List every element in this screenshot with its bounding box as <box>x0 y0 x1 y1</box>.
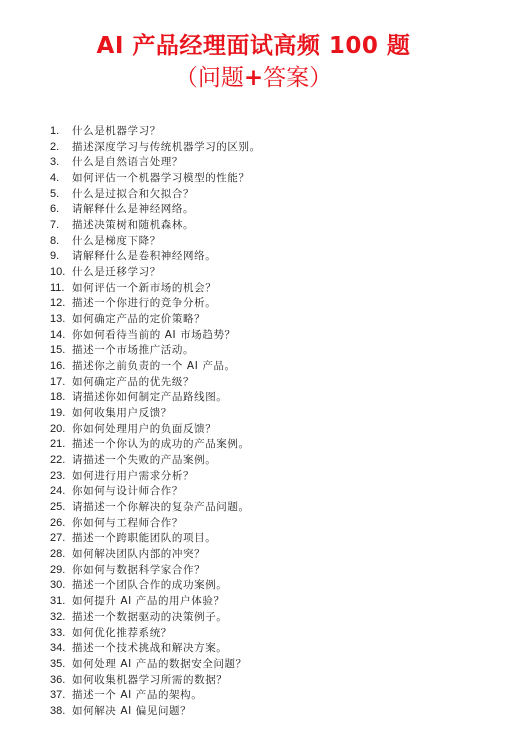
question-text: 什么是机器学习？ <box>72 124 161 140</box>
question-item: 5.什么是过拟合和欠拟合？ <box>0 187 507 203</box>
question-item: 30.描述一个团队合作的成功案例。 <box>0 578 507 594</box>
question-number: 22. <box>50 453 65 469</box>
question-text: 什么是过拟合和欠拟合？ <box>72 187 194 203</box>
question-number: 5. <box>50 187 59 203</box>
question-number: 1. <box>50 124 59 140</box>
question-text: 请描述一个失败的产品案例。 <box>72 453 216 469</box>
question-list: 1.什么是机器学习？ 2.描述深度学习与传统机器学习的区别。 3.什么是自然语言… <box>0 124 507 720</box>
question-number: 37. <box>50 688 65 704</box>
question-item: 13.如何确定产品的定价策略？ <box>0 312 507 328</box>
question-item: 34.描述一个技术挑战和解决方案。 <box>0 641 507 657</box>
question-text: 如何提升 AI 产品的用户体验？ <box>72 594 225 610</box>
question-text: 请描述你如何制定产品路线图。 <box>72 390 227 406</box>
question-number: 4. <box>50 171 59 187</box>
question-text: 请描述一个你解决的复杂产品问题。 <box>72 500 250 516</box>
question-text: 描述一个 AI 产品的架构。 <box>72 688 202 704</box>
question-item: 36.如何收集机器学习所需的数据？ <box>0 673 507 689</box>
question-text: 你如何与工程师合作？ <box>72 516 183 532</box>
subtitle-part-answers: 答案） <box>263 65 332 91</box>
question-number: 31. <box>50 594 65 610</box>
question-number: 23. <box>50 469 65 485</box>
question-text: 如何解决团队内部的冲突？ <box>72 547 205 563</box>
question-text: 如何处理 AI 产品的数据安全问题？ <box>72 657 247 673</box>
question-item: 28.如何解决团队内部的冲突？ <box>0 547 507 563</box>
question-item: 26.你如何与工程师合作？ <box>0 516 507 532</box>
question-text: 什么是自然语言处理？ <box>72 155 183 171</box>
question-number: 15. <box>50 343 65 359</box>
question-item: 9.请解释什么是卷积神经网络。 <box>0 249 507 265</box>
question-number: 13. <box>50 312 65 328</box>
question-item: 18.请描述你如何制定产品路线图。 <box>0 390 507 406</box>
question-number: 34. <box>50 641 65 657</box>
subtitle-part-questions: （问题 <box>175 65 244 91</box>
question-number: 10. <box>50 265 65 281</box>
question-item: 23.如何进行用户需求分析？ <box>0 469 507 485</box>
document-title: AI 产品经理面试高频 100 题 （问题+答案） <box>0 30 507 94</box>
question-text: 描述一个数据驱动的决策例子。 <box>72 610 227 626</box>
question-text: 你如何看待当前的 AI 市场趋势？ <box>72 328 236 344</box>
question-item: 32.描述一个数据驱动的决策例子。 <box>0 610 507 626</box>
question-text: 描述深度学习与传统机器学习的区别。 <box>72 140 261 156</box>
question-text: 你如何处理用户的负面反馈？ <box>72 422 216 438</box>
question-text: 描述一个你进行的竞争分析。 <box>72 296 216 312</box>
question-number: 25. <box>50 500 65 516</box>
question-number: 18. <box>50 390 65 406</box>
question-number: 9. <box>50 249 59 265</box>
question-item: 29.你如何与数据科学家合作？ <box>0 563 507 579</box>
question-number: 21. <box>50 437 65 453</box>
question-text: 描述决策树和随机森林。 <box>72 218 194 234</box>
question-item: 37.描述一个 AI 产品的架构。 <box>0 688 507 704</box>
question-item: 27.描述一个跨职能团队的项目。 <box>0 531 507 547</box>
question-number: 33. <box>50 626 65 642</box>
question-number: 7. <box>50 218 59 234</box>
question-text: 请解释什么是卷积神经网络。 <box>72 249 216 265</box>
question-item: 14.你如何看待当前的 AI 市场趋势？ <box>0 328 507 344</box>
question-number: 38. <box>50 704 65 720</box>
question-number: 14. <box>50 328 65 344</box>
question-number: 36. <box>50 673 65 689</box>
question-item: 11.如何评估一个新市场的机会？ <box>0 281 507 297</box>
question-text: 请解释什么是神经网络。 <box>72 202 194 218</box>
question-text: 描述一个市场推广活动。 <box>72 343 194 359</box>
question-item: 15.描述一个市场推广活动。 <box>0 343 507 359</box>
question-number: 19. <box>50 406 65 422</box>
question-item: 31.如何提升 AI 产品的用户体验？ <box>0 594 507 610</box>
question-item: 21.描述一个你认为的成功的产品案例。 <box>0 437 507 453</box>
question-text: 如何评估一个新市场的机会？ <box>72 281 216 297</box>
question-number: 29. <box>50 563 65 579</box>
question-number: 20. <box>50 422 65 438</box>
title-main: AI 产品经理面试高频 100 题 <box>0 30 507 62</box>
question-number: 8. <box>50 234 59 250</box>
question-text: 如何收集用户反馈？ <box>72 406 172 422</box>
question-number: 27. <box>50 531 65 547</box>
question-item: 2.描述深度学习与传统机器学习的区别。 <box>0 140 507 156</box>
question-number: 32. <box>50 610 65 626</box>
question-number: 3. <box>50 155 59 171</box>
question-number: 35. <box>50 657 65 673</box>
question-number: 16. <box>50 359 65 375</box>
question-item: 33.如何优化推荐系统？ <box>0 626 507 642</box>
question-item: 17.如何确定产品的优先级？ <box>0 375 507 391</box>
question-item: 8.什么是梯度下降？ <box>0 234 507 250</box>
question-text: 如何确定产品的定价策略？ <box>72 312 205 328</box>
question-text: 你如何与设计师合作？ <box>72 484 183 500</box>
question-item: 38.如何解决 AI 偏见问题？ <box>0 704 507 720</box>
question-item: 1.什么是机器学习？ <box>0 124 507 140</box>
question-item: 19.如何收集用户反馈？ <box>0 406 507 422</box>
question-number: 2. <box>50 140 59 156</box>
question-item: 12.描述一个你进行的竞争分析。 <box>0 296 507 312</box>
question-item: 35.如何处理 AI 产品的数据安全问题？ <box>0 657 507 673</box>
question-item: 7.描述决策树和随机森林。 <box>0 218 507 234</box>
question-number: 6. <box>50 202 59 218</box>
question-number: 26. <box>50 516 65 532</box>
subtitle-plus: + <box>244 65 263 91</box>
question-number: 30. <box>50 578 65 594</box>
question-item: 25.请描述一个你解决的复杂产品问题。 <box>0 500 507 516</box>
question-number: 28. <box>50 547 65 563</box>
question-text: 什么是梯度下降？ <box>72 234 161 250</box>
question-item: 24.你如何与设计师合作？ <box>0 484 507 500</box>
question-number: 11. <box>50 281 64 297</box>
question-number: 17. <box>50 375 65 391</box>
question-item: 6.请解释什么是神经网络。 <box>0 202 507 218</box>
question-text: 如何收集机器学习所需的数据？ <box>72 673 227 689</box>
question-text: 描述一个技术挑战和解决方案。 <box>72 641 227 657</box>
question-text: 你如何与数据科学家合作？ <box>72 563 205 579</box>
question-text: 描述一个你认为的成功的产品案例。 <box>72 437 250 453</box>
question-number: 24. <box>50 484 65 500</box>
question-text: 描述你之前负责的一个 AI 产品。 <box>72 359 236 375</box>
question-text: 描述一个团队合作的成功案例。 <box>72 578 227 594</box>
question-text: 如何优化推荐系统？ <box>72 626 172 642</box>
question-text: 如何解决 AI 偏见问题？ <box>72 704 191 720</box>
question-item: 16.描述你之前负责的一个 AI 产品。 <box>0 359 507 375</box>
question-item: 22.请描述一个失败的产品案例。 <box>0 453 507 469</box>
question-text: 描述一个跨职能团队的项目。 <box>72 531 216 547</box>
question-text: 如何进行用户需求分析？ <box>72 469 194 485</box>
question-text: 如何确定产品的优先级？ <box>72 375 194 391</box>
title-subtitle: （问题+答案） <box>0 62 507 94</box>
question-text: 如何评估一个机器学习模型的性能？ <box>72 171 250 187</box>
question-item: 20.你如何处理用户的负面反馈？ <box>0 422 507 438</box>
question-number: 12. <box>50 296 65 312</box>
question-item: 3.什么是自然语言处理？ <box>0 155 507 171</box>
question-text: 什么是迁移学习？ <box>72 265 161 281</box>
question-item: 10.什么是迁移学习？ <box>0 265 507 281</box>
question-item: 4.如何评估一个机器学习模型的性能？ <box>0 171 507 187</box>
